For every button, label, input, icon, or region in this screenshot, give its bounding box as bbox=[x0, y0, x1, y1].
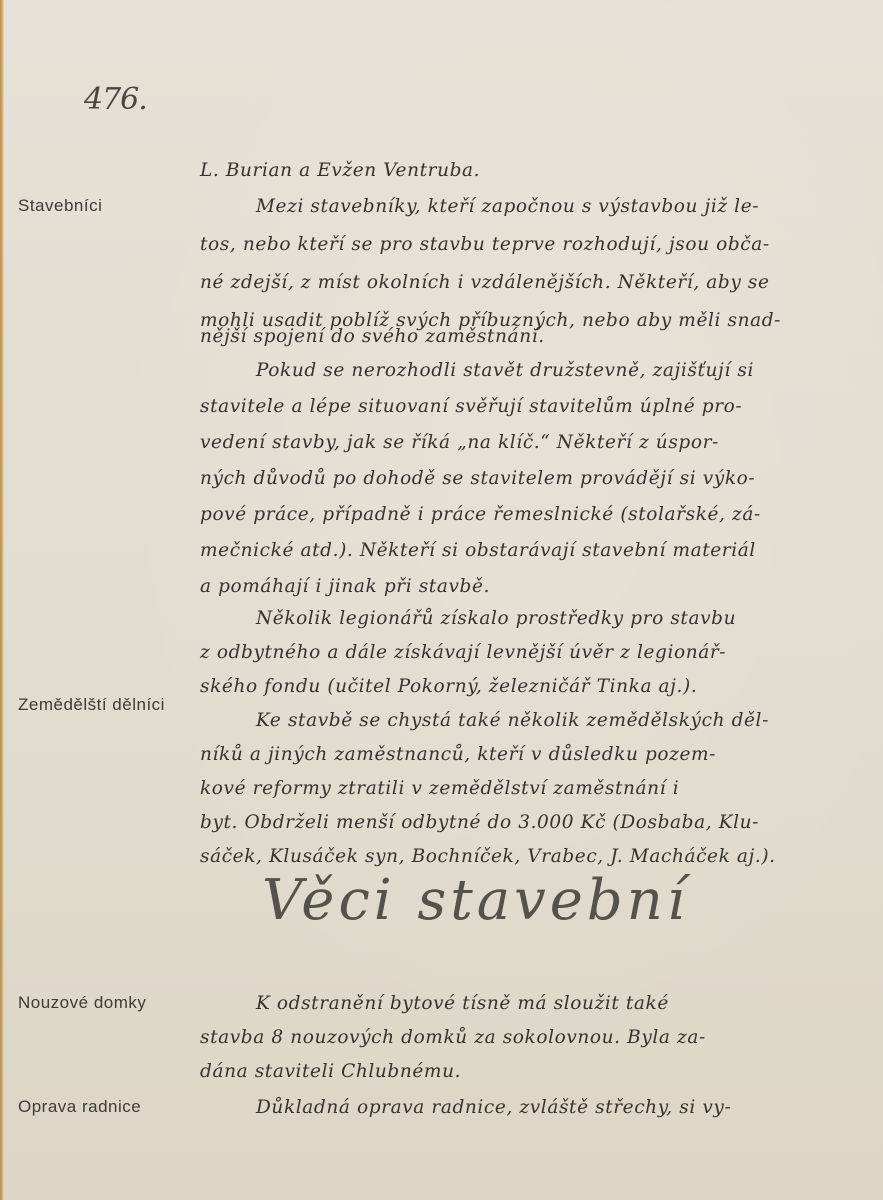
text-line: pové práce, případně i práce řemeslnické… bbox=[200, 504, 761, 525]
text-line: ského fondu (učitel Pokorný, železničář … bbox=[200, 676, 697, 697]
text-line: K odstranění bytové tísně má sloužit tak… bbox=[256, 993, 669, 1014]
text-line: né zdejší, z míst okolních i vzdálenější… bbox=[200, 272, 770, 293]
text-line: ných důvodů po dohodě se stavitelem prov… bbox=[200, 468, 755, 489]
text-line: vedení stavby, jak se říká „na klíč.“ Ně… bbox=[200, 432, 719, 453]
margin-note-oprava-radnice: Opravа radnice bbox=[18, 1097, 141, 1117]
margin-note-stavebnici: Stavebníci bbox=[18, 196, 102, 216]
text-line: stavitele a lépe situovaní svěřují stavi… bbox=[200, 396, 742, 417]
text-line: stavba 8 nouzových domků za sokolovnou. … bbox=[200, 1027, 706, 1048]
binding-edge bbox=[0, 0, 4, 1200]
text-line: Mezi stavebníky, kteří započnou s výstav… bbox=[256, 196, 759, 217]
page-number: 476. bbox=[84, 82, 147, 117]
section-heading: Věci stavební bbox=[262, 868, 689, 933]
text-line: Důkladná oprava radnice, zvláště střechy… bbox=[256, 1097, 731, 1118]
text-line: Pokud se nerozhodli stavět družstevně, z… bbox=[256, 360, 754, 381]
text-line: z odbytného a dále získávají levnější úv… bbox=[200, 642, 726, 663]
text-line: L. Burian a Evžen Ventruba. bbox=[200, 160, 480, 181]
text-line: byt. Obdrželi menší odbytné do 3.000 Kč … bbox=[200, 812, 759, 833]
text-line: mečnické atd.). Někteří si obstarávají s… bbox=[200, 540, 756, 561]
margin-note-nouzove-domky: Nouzové domky bbox=[18, 993, 146, 1013]
text-line: Několik legionářů získalo prostředky pro… bbox=[256, 608, 736, 629]
manuscript-page: 476. Stavebníci Zemědělští dělníci Nouzo… bbox=[0, 0, 883, 1200]
text-line: sáček, Klusáček syn, Bochníček, Vrabec, … bbox=[200, 846, 776, 867]
text-line: tos, nebo kteří se pro stavbu teprve roz… bbox=[200, 234, 770, 255]
text-line: kové reformy ztratili v zemědělství zamě… bbox=[200, 778, 679, 799]
text-line: nější spojení do svého zaměstnání. bbox=[200, 326, 545, 347]
text-line: Ke stavbě se chystá také několik zeměděl… bbox=[256, 710, 769, 731]
margin-note-zemedelsti-delnici: Zemědělští dělníci bbox=[18, 695, 165, 715]
text-line: níků a jiných zaměstnanců, kteří v důsle… bbox=[200, 744, 716, 765]
text-line: a pomáhají i jinak při stavbě. bbox=[200, 576, 490, 597]
text-line: dána staviteli Chlubnému. bbox=[200, 1061, 461, 1082]
